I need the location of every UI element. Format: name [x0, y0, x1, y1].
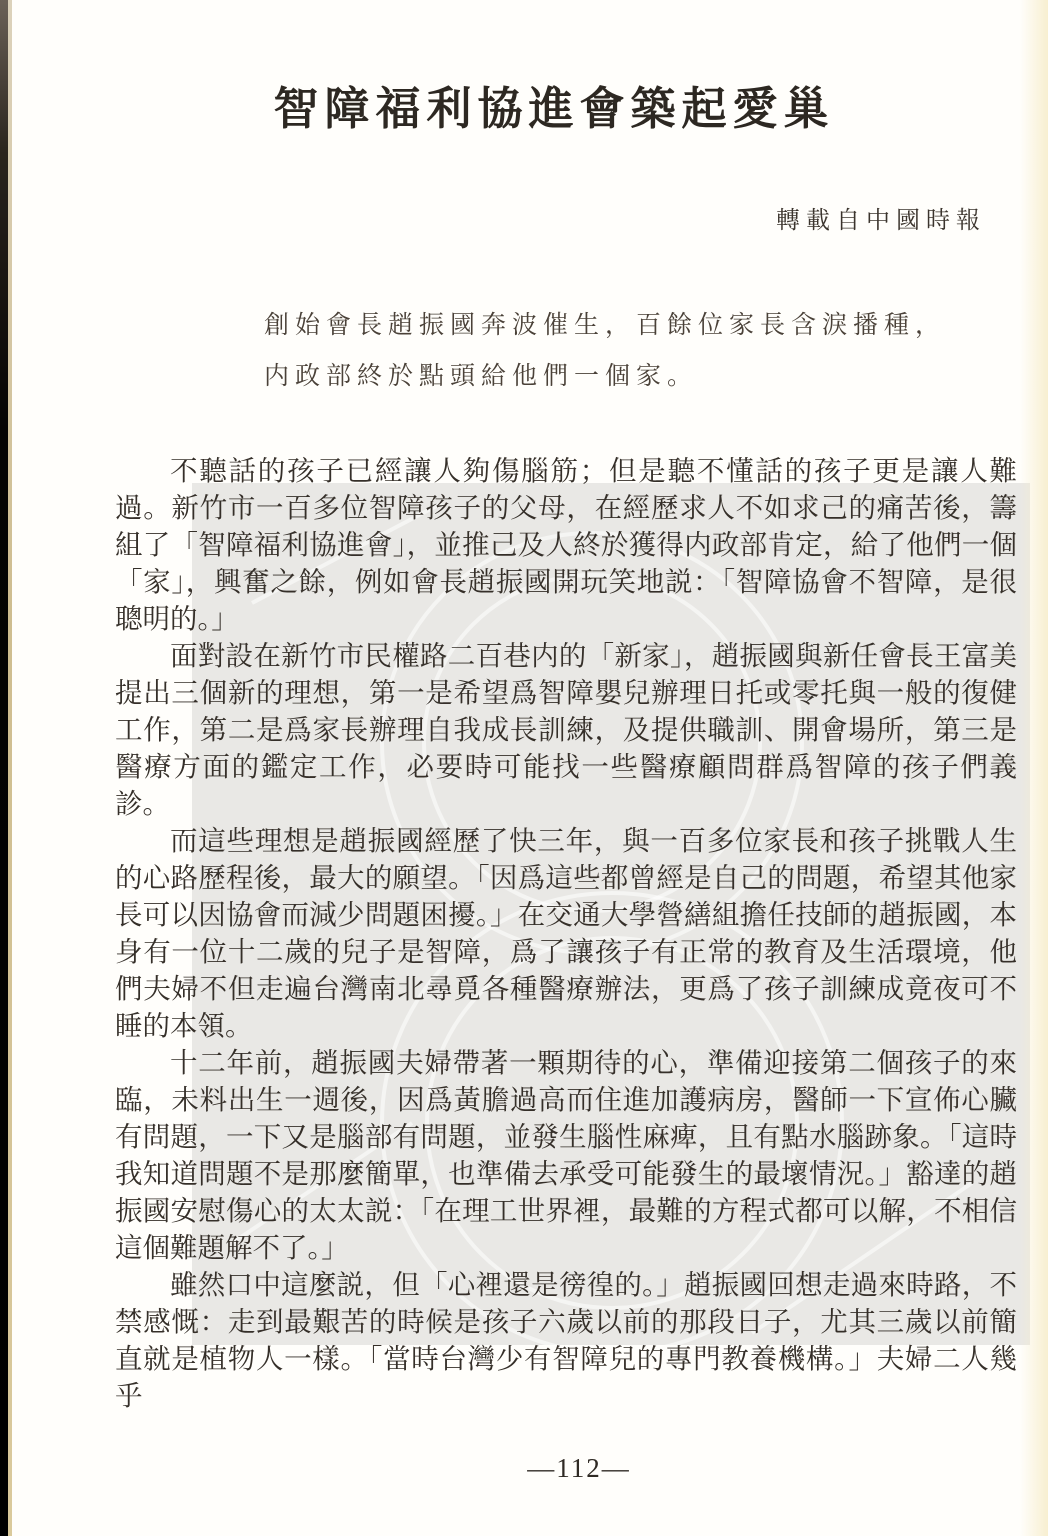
lead-line-1: 創始會長趙振國奔波催生，百餘位家長含淚播種， [264, 300, 946, 351]
lead-line-2: 内政部終於點頭給他們一個家。 [264, 351, 946, 402]
paragraph: 不聽話的孩子已經讓人夠傷腦筋；但是聽不懂話的孩子更是讓人難過。新竹市一百多位智障… [115, 452, 1017, 637]
scan-gutter-highlight [8, 0, 12, 1536]
page-number: —112— [110, 1453, 1048, 1484]
paragraph: 十二年前，趙振國夫婦帶著一顆期待的心，準備迎接第二個孩子的來臨，未料出生一週後，… [115, 1044, 1017, 1266]
paragraph: 而這些理想是趙振國經歷了快三年，與一百多位家長和孩子挑戰人生的心路歷程後，最大的… [115, 822, 1017, 1044]
paragraph: 雖然口中這麼説，但「心裡還是徬徨的。」趙振國回想走過來時路，不禁感慨：走到最艱苦… [115, 1266, 1017, 1414]
page-title: 智障福利協進會築起愛巢 [60, 72, 1048, 137]
scan-gutter-edge [0, 0, 8, 1536]
lead-summary: 創始會長趙振國奔波催生，百餘位家長含淚播種， 内政部終於點頭給他們一個家。 [264, 300, 946, 402]
scan-right-tint [1020, 0, 1048, 1536]
source-credit: 轉載自中國時報 [776, 200, 986, 235]
paragraph: 面對設在新竹市民權路二百巷内的「新家」，趙振國與新任會長王富美提出三個新的理想，… [115, 637, 1017, 822]
scanned-book-page: 智障福利協進會築起愛巢 轉載自中國時報 創始會長趙振國奔波催生，百餘位家長含淚播… [0, 0, 1048, 1536]
article-body: 不聽話的孩子已經讓人夠傷腦筋；但是聽不懂話的孩子更是讓人難過。新竹市一百多位智障… [115, 452, 1017, 1414]
